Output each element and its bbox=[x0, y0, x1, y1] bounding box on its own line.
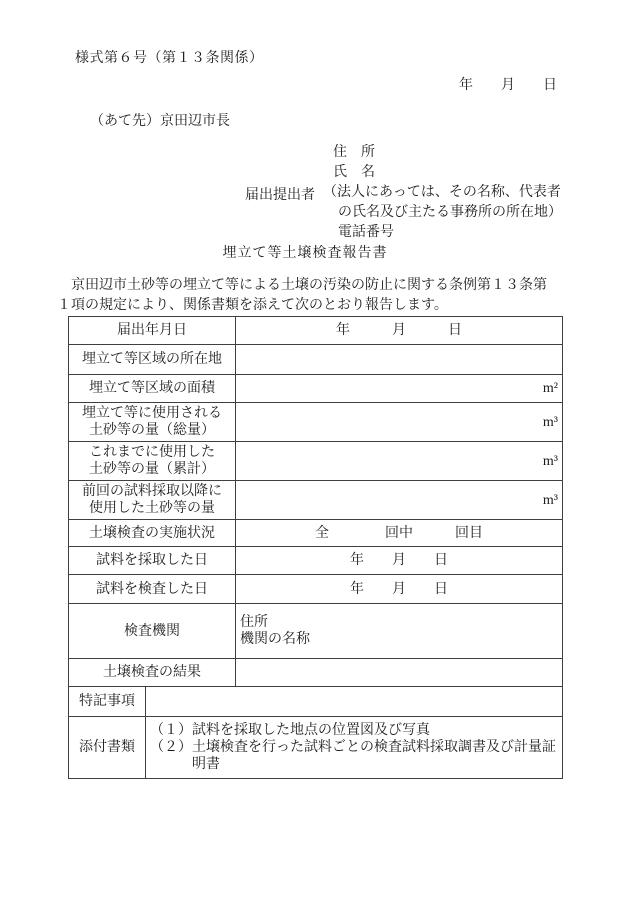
row-label-inspection-result: 土壌検査の結果 bbox=[69, 659, 236, 687]
table-row-sampling-date: 試料を採取した日 年 月 日 bbox=[69, 547, 563, 575]
row-label-area-location: 埋立て等区域の所在地 bbox=[69, 345, 236, 375]
table-row-inspection-status: 土壌検査の実施状況 全 回中 回目 bbox=[69, 520, 563, 547]
row-value-attachments: （１）試料を採取した地点の位置図及び写真 （２）土壌検査を行った試料ごとの検査試… bbox=[146, 717, 563, 779]
submitter-label: 届出提出者 bbox=[245, 184, 315, 204]
table-row-area-location: 埋立て等区域の所在地 bbox=[69, 345, 563, 375]
row-label-area-size: 埋立て等区域の面積 bbox=[69, 375, 236, 403]
row-label-soil-total-volume: 埋立て等に使用される 土砂等の量（総量） bbox=[69, 403, 236, 442]
row-value-area-location bbox=[236, 345, 563, 375]
intro-paragraph: 京田辺市土砂等の埋立て等による土壌の汚染の防止に関する条例第１３条第 １項の規定… bbox=[57, 276, 577, 316]
row-value-notification-date: 年 月 日 bbox=[236, 317, 563, 345]
submitter-corporation-note-line2: の氏名及び主たる事務所の所在地） bbox=[323, 203, 562, 223]
row-value-soil-since-last-sampling-unit: m³ bbox=[236, 481, 563, 520]
row-value-inspection-date: 年 月 日 bbox=[236, 575, 563, 604]
table-row-special-notes: 特記事項 bbox=[69, 687, 563, 717]
row-label-sampling-date: 試料を採取した日 bbox=[69, 547, 236, 575]
row-value-sampling-date: 年 月 日 bbox=[236, 547, 563, 575]
row-label-soil-cumulative-volume: これまでに使用した 土砂等の量（累計） bbox=[69, 442, 236, 481]
submitter-corporation-note-line1: （法人にあっては、その名称、代表者 bbox=[323, 183, 562, 203]
row-value-special-notes bbox=[146, 687, 563, 717]
document-title: 埋立て等土壌検査報告書 bbox=[0, 242, 610, 262]
report-table: 届出年月日 年 月 日 埋立て等区域の所在地 埋立て等区域の面積 m² 埋立て等… bbox=[68, 316, 563, 779]
table-row-notification-date: 届出年月日 年 月 日 bbox=[69, 317, 563, 345]
row-label-inspection-date: 試料を検査した日 bbox=[69, 575, 236, 604]
row-label-special-notes: 特記事項 bbox=[69, 687, 146, 717]
form-document-page: 様式第６号（第１３条関係） 年 月 日 （あて先）京田辺市長 届出提出者 住 所… bbox=[0, 0, 630, 903]
table-row-inspection-agency: 検査機関 住所 機関の名称 bbox=[69, 604, 563, 659]
row-label-inspection-status: 土壌検査の実施状況 bbox=[69, 520, 236, 547]
submitter-name-line: 氏 名 bbox=[323, 163, 562, 183]
submitter-info: 住 所 氏 名 （法人にあっては、その名称、代表者 の氏名及び主たる事務所の所在… bbox=[323, 143, 562, 243]
row-value-area-size-unit: m² bbox=[236, 375, 563, 403]
row-value-inspection-agency: 住所 機関の名称 bbox=[236, 604, 563, 659]
addressee-line: （あて先）京田辺市長 bbox=[90, 110, 230, 130]
row-value-soil-total-volume-unit: m³ bbox=[236, 403, 563, 442]
table-row-area-size: 埋立て等区域の面積 m² bbox=[69, 375, 563, 403]
table-row-attachments: 添付書類 （１）試料を採取した地点の位置図及び写真 （２）土壌検査を行った試料ご… bbox=[69, 717, 563, 779]
submitter-address-line: 住 所 bbox=[323, 143, 562, 163]
table-row-soil-cumulative-volume: これまでに使用した 土砂等の量（累計） m³ bbox=[69, 442, 563, 481]
table-row-inspection-result: 土壌検査の結果 bbox=[69, 659, 563, 687]
row-label-notification-date: 届出年月日 bbox=[69, 317, 236, 345]
row-label-attachments: 添付書類 bbox=[69, 717, 146, 779]
row-value-soil-cumulative-volume-unit: m³ bbox=[236, 442, 563, 481]
form-number: 様式第６号（第１３条関係） bbox=[75, 47, 264, 67]
table-row-inspection-date: 試料を検査した日 年 月 日 bbox=[69, 575, 563, 604]
date-line: 年 月 日 bbox=[459, 74, 557, 94]
submitter-phone-line: 電話番号 bbox=[323, 223, 562, 243]
table-row-soil-since-last-sampling: 前回の試料採取以降に 使用した土砂等の量 m³ bbox=[69, 481, 563, 520]
row-label-inspection-agency: 検査機関 bbox=[69, 604, 236, 659]
row-value-inspection-result bbox=[236, 659, 563, 687]
row-value-inspection-status: 全 回中 回目 bbox=[236, 520, 563, 547]
table-row-soil-total-volume: 埋立て等に使用される 土砂等の量（総量） m³ bbox=[69, 403, 563, 442]
row-label-soil-since-last-sampling: 前回の試料採取以降に 使用した土砂等の量 bbox=[69, 481, 236, 520]
